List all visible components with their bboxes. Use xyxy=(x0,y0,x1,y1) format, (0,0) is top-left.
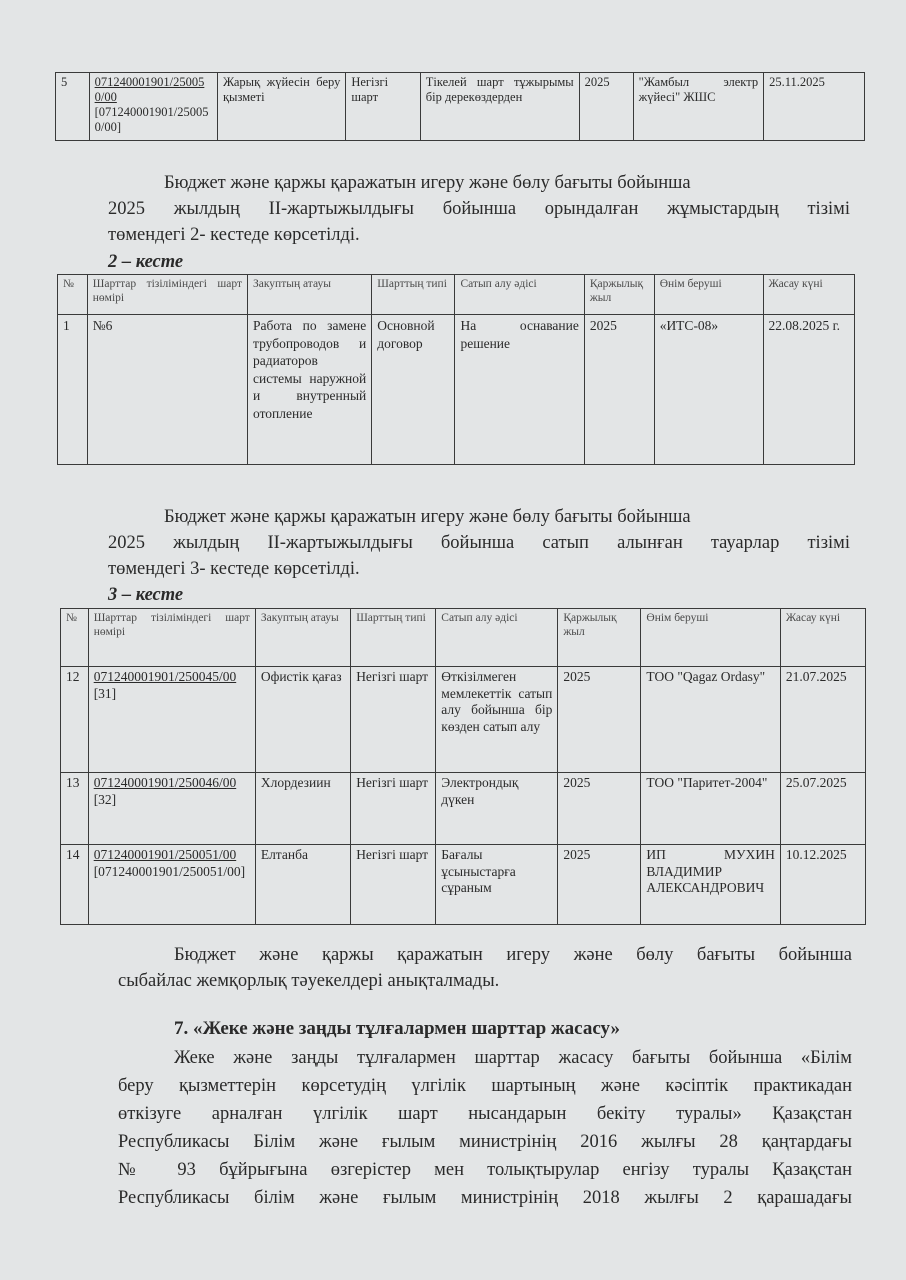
table-3-caption: 3 – кесте xyxy=(108,585,183,606)
table-row: 13 071240001901/250046/00 [32] Хлордезии… xyxy=(61,773,866,845)
cell-year: 2025 xyxy=(558,773,641,845)
header-type: Шарттың типі xyxy=(351,609,436,667)
section-7-heading: 7. «Жеке және заңды тұлғалармен шарттар … xyxy=(174,1018,620,1040)
document-page: 5 071240001901/250050/00 [071240001901/2… xyxy=(0,0,906,1280)
cell-num: 14 xyxy=(61,845,89,925)
cell-type: Негізгі шарт xyxy=(351,667,436,773)
cell-method: Бағалы ұсыныстарға сұраным xyxy=(436,845,558,925)
paragraph-1: Бюджет және қаржы қаражатын игеру және б… xyxy=(108,170,850,248)
table-2: № Шарттар тізіліміндегі шарт нөмірі Заку… xyxy=(57,274,855,465)
cell-supplier: "Жамбыл электр жүйесі" ЖШС xyxy=(633,73,763,141)
cell-name: Жарық жүйесін беру қызметі xyxy=(217,73,345,141)
contract-ref: [32] xyxy=(94,792,117,807)
cell-date: 21.07.2025 xyxy=(780,667,865,773)
table-header-row: № Шарттар тізіліміндегі шарт нөмірі Заку… xyxy=(58,275,855,315)
header-num: № xyxy=(58,275,88,315)
cell-contract-no: №6 xyxy=(87,315,247,465)
table-1-tail: 5 071240001901/250050/00 [071240001901/2… xyxy=(55,72,865,141)
header-num: № xyxy=(61,609,89,667)
header-name: Закуптың атауы xyxy=(248,275,372,315)
cell-year: 2025 xyxy=(558,667,641,773)
cell-supplier: «ИТС-08» xyxy=(654,315,763,465)
cell-type: Негізгі шарт xyxy=(346,73,420,141)
contract-ref: [31] xyxy=(94,686,117,701)
cell-method: Электрондық дүкен xyxy=(436,773,558,845)
cell-contract-no: 071240001901/250045/00 [31] xyxy=(88,667,255,773)
cell-supplier: ИП МУХИН ВЛАДИМИР АЛЕКСАНДРОВИЧ xyxy=(641,845,780,925)
cell-method: Тікелей шарт тұжырымы бір дерекөздерден xyxy=(420,73,579,141)
contract-ref: [071240001901/250051/00] xyxy=(94,864,246,879)
cell-num: 5 xyxy=(56,73,90,141)
cell-date: 25.11.2025 xyxy=(764,73,865,141)
header-contract-no: Шарттар тізіліміндегі шарт нөмірі xyxy=(87,275,247,315)
contract-ref: [071240001901/250050/00] xyxy=(95,105,209,134)
cell-year: 2025 xyxy=(558,845,641,925)
header-supplier: Өнім беруші xyxy=(641,609,780,667)
cell-num: 1 xyxy=(58,315,88,465)
cell-supplier: ТОО "Qagaz Ordasy" xyxy=(641,667,780,773)
contract-link[interactable]: 071240001901/250051/00 xyxy=(94,847,237,862)
cell-date: 25.07.2025 xyxy=(780,773,865,845)
cell-name: Работа по замене трубопроводов и радиато… xyxy=(248,315,372,465)
table-2-caption: 2 – кесте xyxy=(108,252,183,273)
paragraph-2: Бюджет және қаржы қаражатын игеру және б… xyxy=(108,504,850,582)
table-row: 12 071240001901/250045/00 [31] Офистік қ… xyxy=(61,667,866,773)
table-3: № Шарттар тізіліміндегі шарт нөмірі Заку… xyxy=(60,608,866,925)
header-method: Сатып алу әдісі xyxy=(436,609,558,667)
cell-method: Өткізілмеген мемлекеттік сатып алу бойын… xyxy=(436,667,558,773)
contract-link[interactable]: 071240001901/250050/00 xyxy=(95,75,205,104)
cell-contract-no: 071240001901/250046/00 [32] xyxy=(88,773,255,845)
header-year: Қаржылық жыл xyxy=(558,609,641,667)
cell-method: На оснавание решение xyxy=(455,315,584,465)
header-year: Қаржылық жыл xyxy=(584,275,654,315)
paragraph-3: Бюджет және қаржы қаражатын игеру және б… xyxy=(118,942,852,994)
table-header-row: № Шарттар тізіліміндегі шарт нөмірі Заку… xyxy=(61,609,866,667)
header-supplier: Өнім беруші xyxy=(654,275,763,315)
table-row: 1 №6 Работа по замене трубопроводов и ра… xyxy=(58,315,855,465)
header-date: Жасау күні xyxy=(763,275,854,315)
cell-supplier: ТОО "Паритет-2004" xyxy=(641,773,780,845)
cell-type: Негізгі шарт xyxy=(351,773,436,845)
cell-name: Офистік қағаз xyxy=(255,667,350,773)
cell-type: Негізгі шарт xyxy=(351,845,436,925)
header-type: Шарттың типі xyxy=(372,275,455,315)
table-row: 5 071240001901/250050/00 [071240001901/2… xyxy=(56,73,865,141)
cell-date: 10.12.2025 xyxy=(780,845,865,925)
section-7-body: Жеке және заңды тұлғалармен шарттар жаса… xyxy=(118,1044,852,1212)
cell-date: 22.08.2025 г. xyxy=(763,315,854,465)
cell-year: 2025 xyxy=(584,315,654,465)
header-name: Закуптың атауы xyxy=(255,609,350,667)
cell-num: 13 xyxy=(61,773,89,845)
cell-name: Елтанба xyxy=(255,845,350,925)
header-contract-no: Шарттар тізіліміндегі шарт нөмірі xyxy=(88,609,255,667)
cell-name: Хлордезиин xyxy=(255,773,350,845)
contract-link[interactable]: 071240001901/250045/00 xyxy=(94,669,237,684)
table-row: 14 071240001901/250051/00 [071240001901/… xyxy=(61,845,866,925)
cell-contract-no: 071240001901/250051/00 [071240001901/250… xyxy=(88,845,255,925)
contract-link[interactable]: 071240001901/250046/00 xyxy=(94,775,237,790)
header-date: Жасау күні xyxy=(780,609,865,667)
cell-contract-no: 071240001901/250050/00 [071240001901/250… xyxy=(89,73,217,141)
header-method: Сатып алу әдісі xyxy=(455,275,584,315)
cell-type: Основной договор xyxy=(372,315,455,465)
cell-num: 12 xyxy=(61,667,89,773)
cell-year: 2025 xyxy=(579,73,633,141)
